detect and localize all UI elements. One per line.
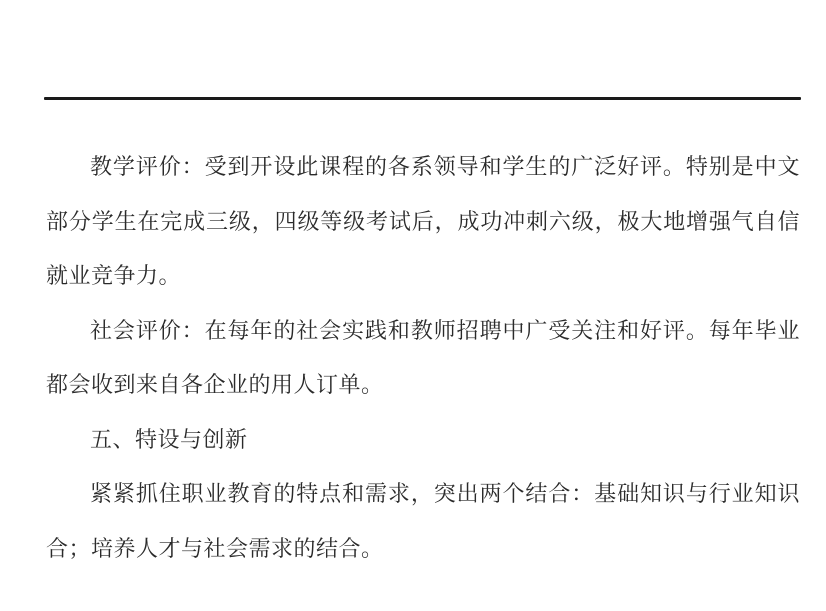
text-line: 就业竞争力。: [46, 249, 800, 304]
text-line: 合；培养人才与社会需求的结合。: [46, 522, 800, 577]
text-line: 都会收到来自各企业的用人订单。: [46, 358, 800, 413]
text-line: 教学评价：受到开设此课程的各系领导和学生的广泛好评。特别是中文系有: [46, 140, 800, 195]
horizontal-rule: [44, 97, 801, 100]
document-body: 教学评价：受到开设此课程的各系领导和学生的广泛好评。特别是中文系有 部分学生在完…: [46, 140, 800, 576]
text-line: 社会评价：在每年的社会实践和教师招聘中广受关注和好评。每年毕业时，: [46, 304, 800, 359]
document-page: 教学评价：受到开设此课程的各系领导和学生的广泛好评。特别是中文系有 部分学生在完…: [0, 0, 826, 611]
section-heading: 五、特设与创新: [46, 413, 800, 468]
text-line: 部分学生在完成三级，四级等级考试后，成功冲刺六级，极大地增强气自信心和: [46, 195, 800, 250]
text-line: 紧紧抓住职业教育的特点和需求，突出两个结合：基础知识与行业知识的结: [46, 467, 800, 522]
